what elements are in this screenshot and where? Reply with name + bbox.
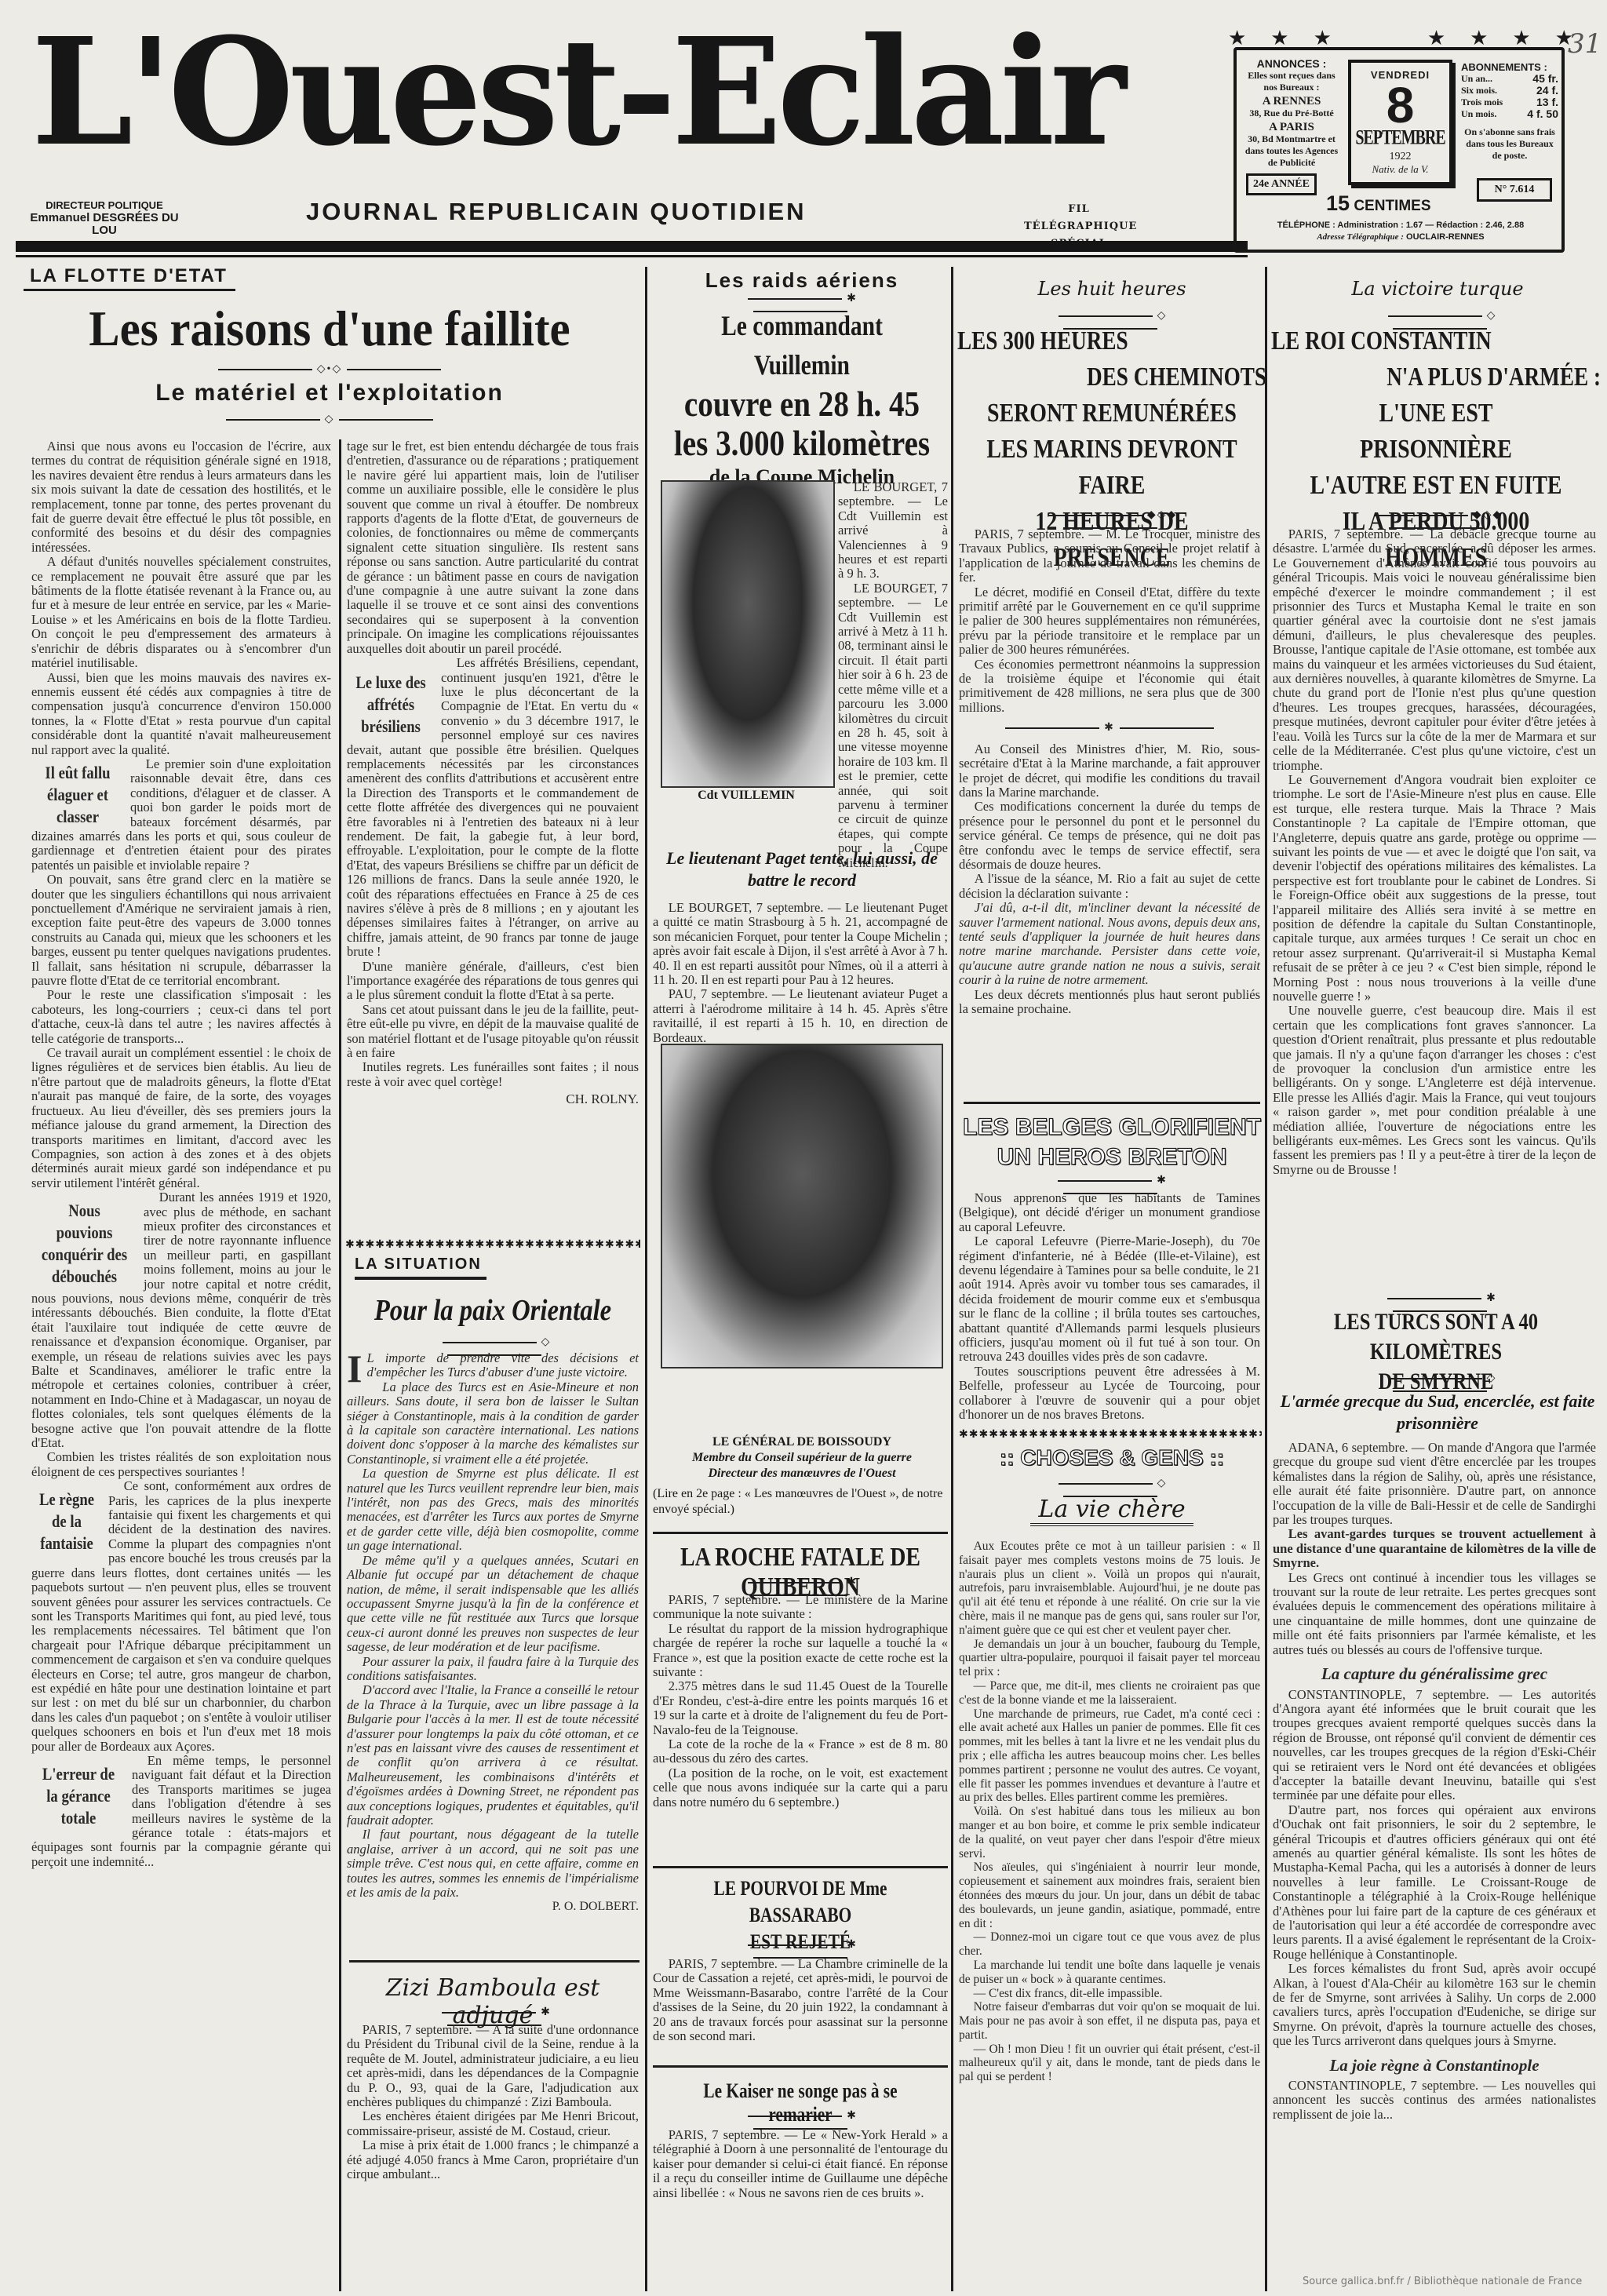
photo-caption-boissoudy: LE GÉNÉRAL DE BOISSOUDY Membre du Consei… xyxy=(653,1434,951,1518)
headline-vie-chere: La vie chère xyxy=(1030,1496,1193,1526)
star-row: ★★★★★★★ xyxy=(1228,28,1573,49)
date-year: 1922 xyxy=(1351,151,1449,163)
portrait-photo-boissoudy xyxy=(661,1044,943,1368)
director-credit: DIRECTEUR POLITIQUE Emmanuel DESGRÉES DU… xyxy=(30,199,179,237)
article-bassarabo: PARIS, 7 septembre. — La Chambre crimine… xyxy=(653,1957,948,2043)
article-flotte-col2: tage sur le fret, est bien entendu décha… xyxy=(347,439,639,1107)
section-divider xyxy=(653,1866,948,1868)
kicker-victoire-turque: La victoire turque xyxy=(1273,278,1602,300)
ornament-divider: ◇ xyxy=(157,413,502,426)
sidebar-head: Le règne de la fantaisie xyxy=(37,1489,97,1554)
article-heros-breton: Nous apprenons que les habitants de Tami… xyxy=(959,1191,1260,1423)
article-situation: I L importe de prendre vite des décision… xyxy=(347,1351,639,1915)
section-divider xyxy=(964,1102,1260,1104)
column-rule xyxy=(339,439,341,2291)
star-divider: ✱✱✱✱✱✱✱✱✱✱✱✱✱✱✱✱✱✱✱✱✱✱✱✱✱✱✱✱✱✱✱ xyxy=(959,1428,1262,1441)
signature: P. O. DOLBERT. xyxy=(347,1900,639,1914)
star-icon: ★ xyxy=(1270,28,1288,49)
star-icon: ★ xyxy=(1512,28,1530,49)
price: 15 CENTIMES xyxy=(1326,191,1431,216)
subhead-armee-grecque: L'armée grecque du Sud, encerclée, est f… xyxy=(1279,1390,1596,1434)
kicker-choses-gens: :: CHOSES & GENS :: xyxy=(959,1445,1265,1471)
masthead-rule xyxy=(16,241,1248,252)
drop-cap: I xyxy=(347,1351,362,1386)
abonnements-block: ABONNEMENTS : Un an...45 fr. Six mois.24… xyxy=(1461,61,1558,162)
headline-belges-glorifient: LES BELGES GLORIFIENT UN HEROS BRETON xyxy=(959,1113,1265,1172)
portrait-photo-vuillemin xyxy=(661,480,835,788)
rate-row: Un an...45 fr. xyxy=(1461,73,1558,85)
column-rule xyxy=(951,267,953,2291)
source-credit: Source gallica.bnf.fr / Bibliothèque nat… xyxy=(1303,2276,1582,2287)
rate-row: Un mois.4 f. 50 xyxy=(1461,108,1558,120)
article-vie-chere: Aux Ecoutes prête ce mot à un tailleur p… xyxy=(959,1540,1260,2084)
date-number: 8 xyxy=(1351,81,1449,129)
sidebar-head: Le luxe des affrétés brésiliens xyxy=(353,672,428,738)
rate-row: Six mois.24 f. xyxy=(1461,85,1558,97)
director-name: Emmanuel DESGRÉES DU LOU xyxy=(30,212,179,237)
article-huit-heures: PARIS, 7 septembre. — M. Le Trocquer, mi… xyxy=(959,527,1260,1016)
article-zizi-bamboula: PARIS, 7 septembre. — A la suite d'une o… xyxy=(347,2023,639,2181)
star-icon: ★ xyxy=(1427,28,1445,49)
photo-caption: Cdt VUILLEMIN xyxy=(661,788,832,804)
masthead-rule-thin xyxy=(16,255,1248,257)
annonces-block: ANNONCES : Elles sont reçues dans nos Bu… xyxy=(1244,58,1339,169)
kicker-flotte: LA FLOTTE D'ETAT xyxy=(24,265,235,291)
deck-materiel: Le matériel et l'exploitation xyxy=(16,380,643,406)
date-month: SEPTEMBRE xyxy=(1351,127,1449,151)
section-divider xyxy=(653,2065,948,2068)
section-divider xyxy=(653,1532,948,1534)
sidebar-head: L'erreur de la gérance totale xyxy=(38,1763,118,1829)
kicker-raids: Les raids aériens xyxy=(653,268,951,293)
article-paget: LE BOURGET, 7 septembre. — Le lieutenant… xyxy=(653,901,948,1045)
newspaper-subtitle: JOURNAL REPUBLICAIN QUOTIDIEN xyxy=(306,198,807,226)
headline-vie-chere-wrap: La vie chère xyxy=(959,1496,1265,1523)
article-flotte-col1: Ainsi que nous avons eu l'occasion de l'… xyxy=(31,439,331,1869)
star-divider: ✱✱✱✱✱✱✱✱✱✱✱✱✱✱✱✱✱✱✱✱✱✱✱✱✱✱✱✱✱✱ xyxy=(345,1238,640,1252)
kicker-huit-heures: Les huit heures xyxy=(959,278,1265,300)
star-icon: ★ xyxy=(1314,28,1332,49)
telephone-info: TÉLÉPHONE : Administration : 1.67 — Réda… xyxy=(1255,220,1546,243)
section-divider xyxy=(349,1960,640,1963)
star-icon: ★ xyxy=(1470,28,1488,49)
article-victoire-turque: PARIS, 7 septembre. — La débâcle grecque… xyxy=(1273,527,1596,1177)
headline-paix-orientale: Pour la paix Orientale xyxy=(366,1293,619,1328)
feast-day: Nativ. de la V. xyxy=(1351,163,1449,176)
signature: CH. ROLNY. xyxy=(347,1092,639,1106)
ornament-divider: ✱ xyxy=(959,721,1260,735)
headline-vuillemin: Le commandant Vuillemin couvre en 28 h. … xyxy=(648,306,956,491)
subhead-joie-constantinople: La joie règne à Constantinople xyxy=(1273,2058,1596,2072)
sidebar-head: Il eût fallu élaguer et classer xyxy=(38,762,117,828)
subhead-capture-generalissime: La capture du généralissime grec xyxy=(1273,1667,1596,1681)
rate-row: Trois mois13 f. xyxy=(1461,97,1558,108)
archive-pencil-mark: 31 xyxy=(1568,28,1602,60)
article-quiberon: PARIS, 7 septembre. — Le ministère de la… xyxy=(653,1593,948,1809)
issue-number: N° 7.614 xyxy=(1477,178,1552,202)
article-kaiser: PARIS, 7 septembre. — Le « New-York Hera… xyxy=(653,2128,948,2200)
ornament-divider: ◇•◇ xyxy=(110,363,549,376)
article-vuillemin: LE BOURGET, 7 septembre. — Le Cdt Vuille… xyxy=(838,480,948,870)
date-box: VENDREDI 8 SEPTEMBRE 1922 Nativ. de la V… xyxy=(1348,60,1452,185)
sidebar-head: Nous pouvions conquérir des débouchés xyxy=(39,1200,129,1288)
year-of-publication: 24e ANNÉE xyxy=(1246,173,1317,195)
article-turcs-smyrne: ADANA, 6 septembre. — On mande d'Angora … xyxy=(1273,1441,1596,2122)
column-rule xyxy=(645,267,647,2291)
kicker-situation: LA SITUATION xyxy=(355,1256,486,1280)
subhead-paget: Le lieutenant Paget tente, lui aussi, de… xyxy=(651,847,953,891)
newspaper-title: L'Ouest-Eclair xyxy=(31,6,1122,179)
headline-raisons-faillite: Les raisons d'une faillite xyxy=(41,301,618,356)
star-icon: ★ xyxy=(1228,28,1246,49)
